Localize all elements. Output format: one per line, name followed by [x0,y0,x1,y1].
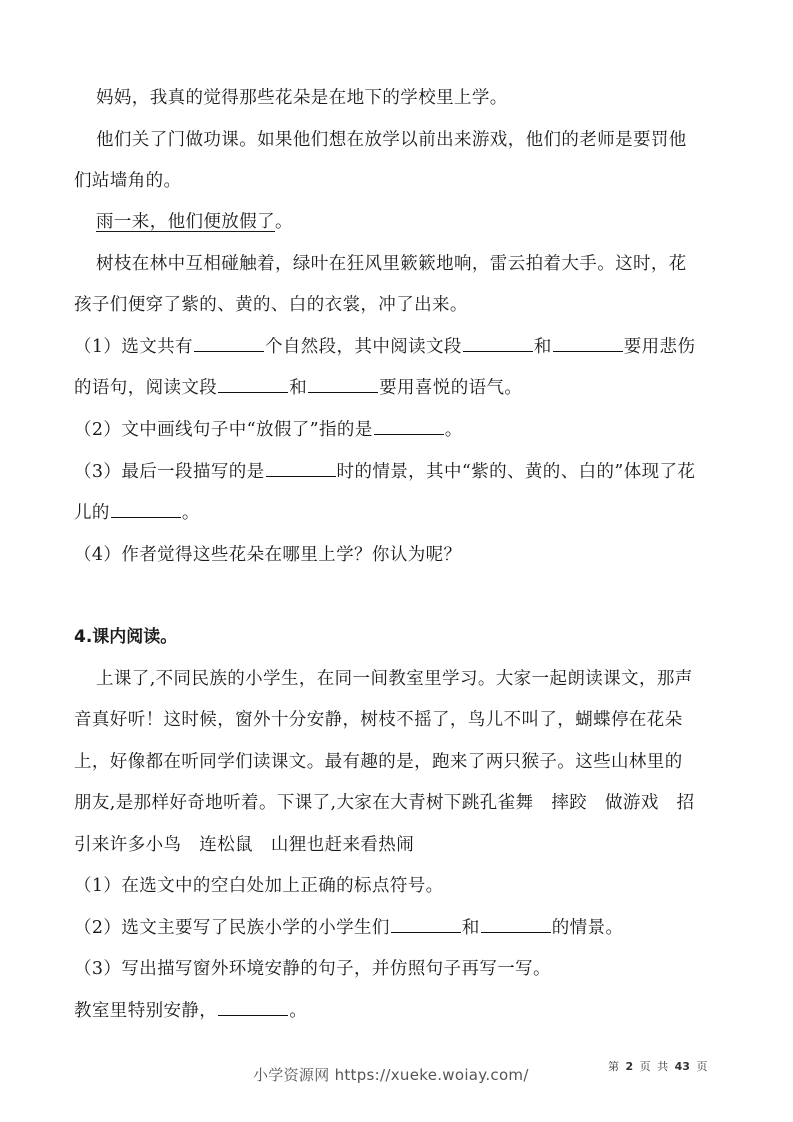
question-1-continuation: 的语句，阅读文段和要用喜悦的语气。 [74,378,522,398]
answer-blank[interactable] [463,337,533,352]
paragraph: 妈妈，我真的觉得那些花朵是在地下的学校里上学。 [96,88,508,108]
question-text: 的情景。 [552,918,624,938]
question-text: 教室里特别安静， [74,1001,217,1021]
underlined-sentence: 雨一来，他们便放假了 [96,212,275,232]
answer-blank[interactable] [374,420,444,435]
answer-blank[interactable] [391,918,461,933]
question-text: 要用悲伤 [624,337,696,357]
question-text: 和 [289,378,307,398]
question-text: 。 [182,503,200,523]
paragraph: 他们关了门做功课。如果他们想在放学以前出来游戏，他们的老师是要罚他 [96,130,687,150]
paragraph-continuation: 孩子们便穿了紫的、黄的、白的衣裳，冲了出来。 [74,295,468,315]
question-text: （1）选文共有 [74,337,193,357]
paragraph-continuation: 朋友,是那样好奇地听着。下课了,大家在大青树下跳孔雀舞 摔跤 做游戏 招 [74,793,695,813]
question-1: （1）选文共有个自然段，其中阅读文段和要用悲伤 [74,337,695,357]
paragraph: 上课了,不同民族的小学生，在同一间教室里学习。大家一起朗读课文，那声 [96,669,693,689]
question-4: （4）作者觉得这些花朵在哪里上学？你认为呢？ [74,545,461,565]
paragraph-continuation: 上，好像都在听同学们读课文。最有趣的是，跑来了两只猴子。这些山林里的 [74,752,683,772]
question-text: （2）选文主要写了民族小学的小学生们 [74,918,390,938]
paragraph-continuation: 音真好听！这时候，窗外十分安静，树枝不摇了，鸟儿不叫了，蝴蝶停在花朵 [74,710,683,730]
document-page: 妈妈，我真的觉得那些花朵是在地下的学校里上学。 他们关了门做功课。如果他们想在放… [0,0,793,1122]
s4-question-2: （2）选文主要写了民族小学的小学生们和的情景。 [74,918,623,938]
punctuation: 。 [275,212,293,232]
question-text: 的语句，阅读文段 [74,378,217,398]
answer-blank[interactable] [481,918,551,933]
s4-question-3-answer: 教室里特别安静，。 [74,1001,307,1021]
underlined-sentence-line: 雨一来，他们便放假了。 [96,212,293,232]
total-pages: 43 [675,1060,690,1073]
paragraph: 树枝在林中互相碰触着，绿叶在狂风里簌簌地响，雷云拍着大手。这时，花 [96,254,687,274]
answer-blank[interactable] [266,462,336,477]
answer-blank[interactable] [111,503,181,518]
s4-question-3: （3）写出描写窗外环境安静的句子，并仿照句子再写一写。 [74,959,551,979]
question-text: 要用喜悦的语气。 [379,378,522,398]
page-label: 页 [696,1060,707,1073]
question-text: 。 [289,1001,307,1021]
page-label: 页 共 [640,1060,669,1073]
question-3: （3）最后一段描写的是时的情景，其中“紫的、黄的、白的”体现了花 [74,462,695,482]
answer-blank[interactable] [218,378,288,393]
question-3-continuation: 儿的。 [74,503,200,523]
page-label: 第 [608,1060,619,1073]
answer-blank[interactable] [308,378,378,393]
question-text: 个自然段，其中阅读文段 [265,337,462,357]
site-watermark: 小学资源网 https://xueke.woiay.com/ [253,1064,529,1085]
question-text: 和 [462,918,480,938]
question-text: 时的情景，其中“紫的、黄的、白的”体现了花 [337,462,696,482]
s4-question-1: （1）在选文中的空白处加上正确的标点符号。 [74,876,444,896]
question-text: 。 [445,420,463,440]
question-2: （2）文中画线句子中“放假了”指的是。 [74,420,463,440]
question-text: （2）文中画线句子中“放假了”指的是 [74,420,373,440]
question-text: 和 [534,337,552,357]
answer-blank[interactable] [194,337,264,352]
answer-blank[interactable] [553,337,623,352]
page-number: 第 2 页 共 43 页 [608,1058,707,1074]
current-page: 2 [626,1060,634,1073]
question-text: （3）最后一段描写的是 [74,462,265,482]
answer-blank[interactable] [218,1001,288,1016]
paragraph-continuation: 引来许多小鸟 连松鼠 山狸也赶来看热闹 [74,835,414,855]
section-heading: 4.课内阅读。 [74,627,177,647]
paragraph-continuation: 们站墙角的。 [74,171,181,191]
question-text: 儿的 [74,503,110,523]
